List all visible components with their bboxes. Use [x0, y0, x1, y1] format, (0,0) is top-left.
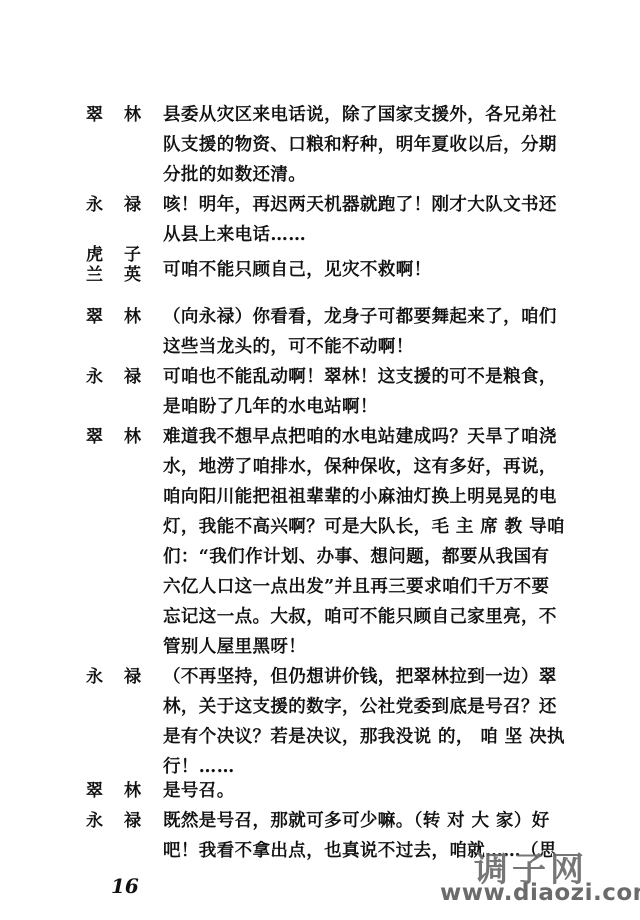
text-line: 可咱不能只顾自己，见灾不救啊！	[163, 255, 603, 285]
text-line: 是号召。	[163, 776, 603, 806]
text-line: 分批的如数还清。	[163, 160, 603, 190]
dialogue-text: 可咱不能只顾自己，见灾不救啊！	[163, 255, 603, 285]
dialogue-text: 是号召。	[163, 776, 603, 806]
dialogue-text: （向永禄）你看看，龙身子可都要舞起来了，咱们 这些当龙头的，可不能不动啊！	[163, 302, 603, 362]
text-line: 水，地涝了咱排水，保种保收，这有多好，再说，	[163, 452, 603, 482]
dialogue-text: 县委从灾区来电话说，除了国家支援外，各兄弟社 队支援的物资、口粮和籽种，明年夏收…	[163, 100, 603, 190]
text-line: 咳！明年，再迟两天机器就跑了！刚才大队文书还	[163, 190, 603, 220]
text-line: 管别人屋里黑呀！	[163, 632, 603, 662]
text-line: 既然是号召，那就可多可少嘛。（转 对 大 家）好	[163, 806, 603, 836]
text-line: 灯，我能不高兴啊？可是大队长，毛 主 席 教 导咱	[163, 512, 603, 542]
text-line: 咱向阳川能把祖祖辈辈的小麻油灯换上明晃晃的电	[163, 482, 603, 512]
text-line: 可咱也不能乱动啊！翠林！这支援的可不是粮食，	[163, 362, 603, 392]
text-line: （不再坚持，但仍想讲价钱，把翠林拉到一边）翠	[163, 662, 603, 692]
text-line: 队支援的物资、口粮和籽种，明年夏收以后，分期	[163, 130, 603, 160]
page-number: 16	[111, 874, 139, 898]
text-line: 是有个决议？若是决议，那我没说 的， 咱 坚 决执	[163, 722, 603, 752]
watermark-url: www.diaozi.com	[440, 880, 640, 906]
text-line: 林，关于这支援的数字，公社党委到底是号召？还	[163, 692, 603, 722]
text-line: 从县上来电话……	[163, 220, 603, 250]
dialogue-text: （不再坚持，但仍想讲价钱，把翠林拉到一边）翠 林，关于这支援的数字，公社党委到底…	[163, 662, 603, 782]
text-line: 县委从灾区来电话说，除了国家支援外，各兄弟社	[163, 100, 603, 130]
text-line: （向永禄）你看看，龙身子可都要舞起来了，咱们	[163, 302, 603, 332]
text-line: 是咱盼了几年的水电站啊！	[163, 392, 603, 422]
text-line: 们：“我们作计划、办事、想问题，都要从我国有	[163, 542, 603, 572]
book-page: 翠 林 县委从灾区来电话说，除了国家支援外，各兄弟社 队支援的物资、口粮和籽种，…	[0, 0, 640, 920]
dialogue-text: 难道我不想早点把咱的水电站建成吗？天旱了咱浇 水，地涝了咱排水，保种保收，这有多…	[163, 422, 603, 662]
text-line: 六亿人口这一点出发”并且再三要求咱们千万不要	[163, 572, 603, 602]
text-line: 忘记这一点。大叔，咱可不能只顾自己家里亮，不	[163, 602, 603, 632]
text-line: 这些当龙头的，可不能不动啊！	[163, 332, 603, 362]
dialogue-text: 咳！明年，再迟两天机器就跑了！刚才大队文书还 从县上来电话……	[163, 190, 603, 250]
dialogue-text: 可咱也不能乱动啊！翠林！这支援的可不是粮食， 是咱盼了几年的水电站啊！	[163, 362, 603, 422]
text-line: 难道我不想早点把咱的水电站建成吗？天旱了咱浇	[163, 422, 603, 452]
